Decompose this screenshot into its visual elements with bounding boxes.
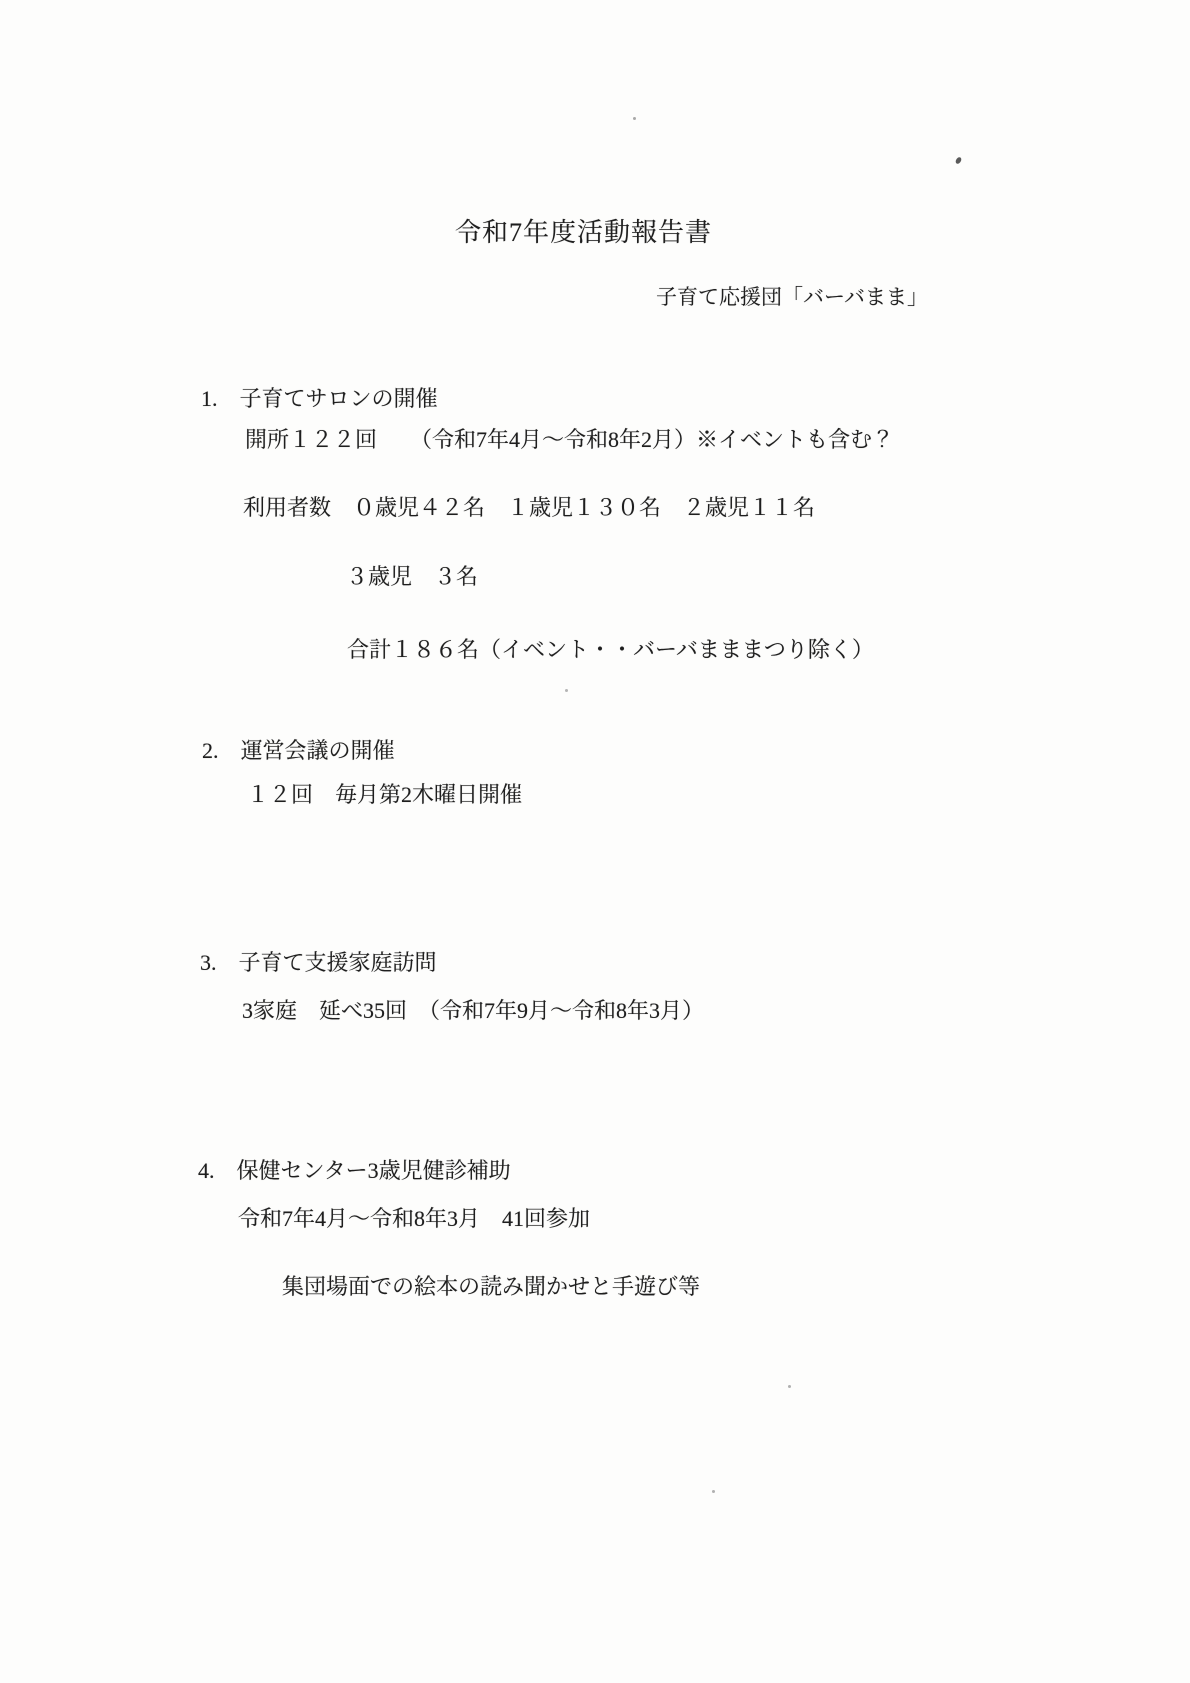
scanned-document-page: 令和7年度活動報告書 子育て応援団「バーバまま」 1.子育てサロンの開催 開所１… — [0, 0, 1190, 1683]
section-4-number: 4. — [198, 1157, 215, 1186]
section-4-line-activity: 集団場面での絵本の読み聞かせと手遊び等 — [282, 1273, 700, 1302]
section-3-number: 3. — [200, 949, 217, 978]
scan-speck — [633, 117, 636, 120]
section-2-title: 運営会議の開催 — [241, 738, 395, 763]
section-1-line-total: 合計１８６名（イベント・・バーバまままつり除く） — [347, 636, 874, 665]
scan-speck — [565, 689, 568, 692]
scan-speck — [712, 1490, 715, 1493]
section-3-heading: 3.子育て支援家庭訪問 — [178, 920, 437, 1006]
section-2-line-meetings: １２回 毎月第2木曜日開催 — [247, 781, 522, 810]
section-1-line-age3: ３歳児 ３名 — [346, 563, 478, 592]
section-1-line-users-by-age: 利用者数 ０歳児４２名 １歳児１３０名 ２歳児１１名 — [243, 494, 815, 523]
document-title: 令和7年度活動報告書 — [455, 216, 712, 250]
section-4-title: 保健センター3歳児健診補助 — [237, 1158, 511, 1183]
document-organization: 子育て応援団「バーバまま」 — [656, 284, 928, 311]
section-1-line-open-count: 開所１２２回 （令和7年4月～令和8年2月）※イベントも含む？ — [245, 426, 894, 455]
section-2-number: 2. — [202, 737, 219, 766]
section-4-heading: 4.保健センター3歳児健診補助 — [176, 1128, 511, 1214]
scan-speck — [955, 156, 962, 164]
section-1-title: 子育てサロンの開催 — [240, 386, 438, 411]
section-4-line-period: 令和7年4月～令和8年3月 41回参加 — [238, 1205, 590, 1234]
section-3-title: 子育て支援家庭訪問 — [239, 950, 437, 975]
scan-speck — [788, 1385, 791, 1388]
section-3-line-visits: 3家庭 延べ35回 （令和7年9月～令和8年3月） — [242, 997, 704, 1026]
section-1-number: 1. — [201, 385, 218, 414]
